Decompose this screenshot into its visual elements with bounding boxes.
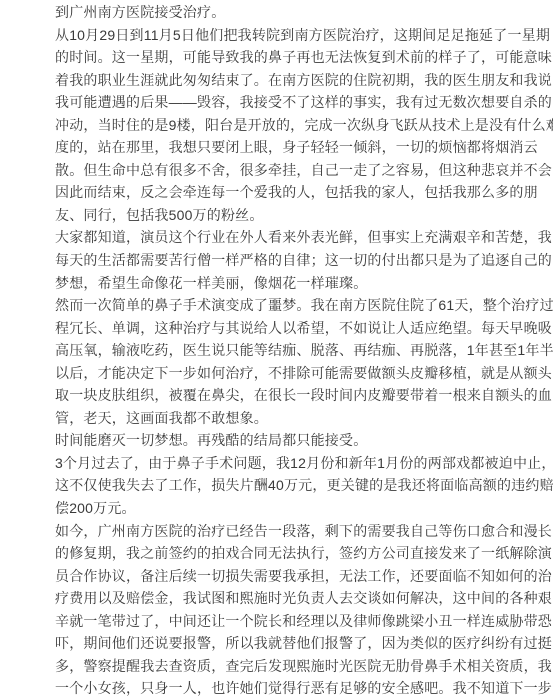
- text-line: 高压氧，输液吃药，医生说只能等结痂、脱落、再结痂、再脱落，1年甚至1年半: [55, 339, 549, 362]
- text-line: 然而一次简单的鼻子手术演变成了噩梦。我在南方医院住院了61天，整个治疗过: [55, 294, 549, 317]
- text-line: 疗费用以及赔偿金，我试图和熙施时光负责人去交谈如何解决，这中间的各种艰: [55, 587, 549, 610]
- text-line: 取一块皮肤组织，被覆在鼻尖，在很长一段时间内皮瓣要带着一根来自额头的血: [55, 384, 549, 407]
- text-line: 冲动，当时住的是9楼，阳台是开放的，完成一次纵身飞跃从技术上是没有什么难: [55, 114, 549, 137]
- text-line: 偿200万元。: [55, 497, 549, 520]
- text-line: 程冗长、单调，这种治疗与其说给人以希望，不如说让人适应绝望。每天早晚吸: [55, 317, 549, 340]
- text-line: 的修复期，我之前签约的拍戏合同无法执行，签约方公司直接发来了一纸解除演: [55, 542, 549, 565]
- text-line: 从10月29日到11月5日他们把我转院到南方医院治疗，这期间足足拖延了一星期: [55, 24, 549, 47]
- text-line: 散。但生命中总有很多不舍，很多牵挂，自己一走了之容易，但这种悲哀并不会: [55, 159, 549, 182]
- paragraph: 然而一次简单的鼻子手术演变成了噩梦。我在南方医院住院了61天，整个治疗过程冗长、…: [55, 294, 549, 429]
- text-line: 如今，广州南方医院的治疗已经告一段落，剩下的需要我自己等伤口愈合和漫长: [55, 520, 549, 543]
- text-line: 一个小女孩，只身一人，也许她们觉得行恶有足够的安全感吧。我不知道下一步: [55, 677, 549, 700]
- text-line: 度的，站在那里，我想只要闭上眼，身子轻轻一倾斜，一切的烦恼都将烟消云: [55, 136, 549, 159]
- paragraph: 时间能磨灭一切梦想。再残酷的结局都只能接受。: [55, 429, 549, 452]
- text-line: 到广州南方医院接受治疗。: [55, 1, 549, 24]
- text-line: 3个月过去了，由于鼻子手术问题，我12月份和新年1月份的两部戏都被迫中止，: [55, 452, 549, 475]
- text-line: 每天的生活都需要苦行僧一样严格的自律；这一切的付出都只是为了追逐自己的: [55, 249, 549, 272]
- paragraph: 大家都知道，演员这个行业在外人看来外表光鲜，但事实上充满艰辛和苦楚，我每天的生活…: [55, 226, 549, 294]
- text-line: 辛就一笔带过了，中间还让一个院长和经理以及律师像跳梁小丑一样连威胁带恐: [55, 610, 549, 633]
- text-line: 友、同行，包括我500万的粉丝。: [55, 204, 549, 227]
- text-line: 员合作协议，备注后续一切损失需要我承担，无法工作，还要面临不知如何的治: [55, 565, 549, 588]
- paragraph: 从10月29日到11月5日他们把我转院到南方医院治疗，这期间足足拖延了一星期的时…: [55, 24, 549, 227]
- text-line: 我可能遭遇的后果——毁容，我接受不了这样的事实，我有过无数次想要自杀的: [55, 91, 549, 114]
- text-line: 以后，才能决定下一步如何治疗，不排除可能需要做额头皮瓣移植，就是从额头: [55, 362, 549, 385]
- text-line: 着我的职业生涯就此匆匆结束了。在南方医院的住院初期，我的医生朋友和我说: [55, 69, 549, 92]
- paragraph: 3个月过去了，由于鼻子手术问题，我12月份和新年1月份的两部戏都被迫中止，这不仅…: [55, 452, 549, 520]
- text-line: 吓，期间他们还说要报警，所以我就替他们报警了，因为类似的医疗纠纷有过挺: [55, 632, 549, 655]
- paragraph: 如今，广州南方医院的治疗已经告一段落，剩下的需要我自己等伤口愈合和漫长的修复期，…: [55, 520, 549, 700]
- document-page: 到广州南方医院接受治疗。从10月29日到11月5日他们把我转院到南方医院治疗，这…: [0, 0, 553, 700]
- text-line: 时间能磨灭一切梦想。再残酷的结局都只能接受。: [55, 429, 549, 452]
- text-line: 梦想，希望生命像花一样美丽，像烟花一样璀璨。: [55, 272, 549, 295]
- text-line: 多，警察提醒我去查资质，查完后发现熙施时光医院无肋骨鼻手术相关资质，我: [55, 655, 549, 678]
- text-line: 管，老天，这画面我都不敢想象。: [55, 407, 549, 430]
- text-line: 的时间。这一星期，可能导致我的鼻子再也无法恢复到术前的样子了，可能意味: [55, 46, 549, 69]
- text-line: 大家都知道，演员这个行业在外人看来外表光鲜，但事实上充满艰辛和苦楚，我: [55, 226, 549, 249]
- text-line: 因此而结束，反之会牵连每一个爱我的人，包括我的家人，包括我那么多的朋: [55, 181, 549, 204]
- paragraph: 到广州南方医院接受治疗。: [55, 1, 549, 24]
- text-line: 这不仅使我失去了工作，损失片酬40万元，更关键的是我还将面临高额的违约赔: [55, 474, 549, 497]
